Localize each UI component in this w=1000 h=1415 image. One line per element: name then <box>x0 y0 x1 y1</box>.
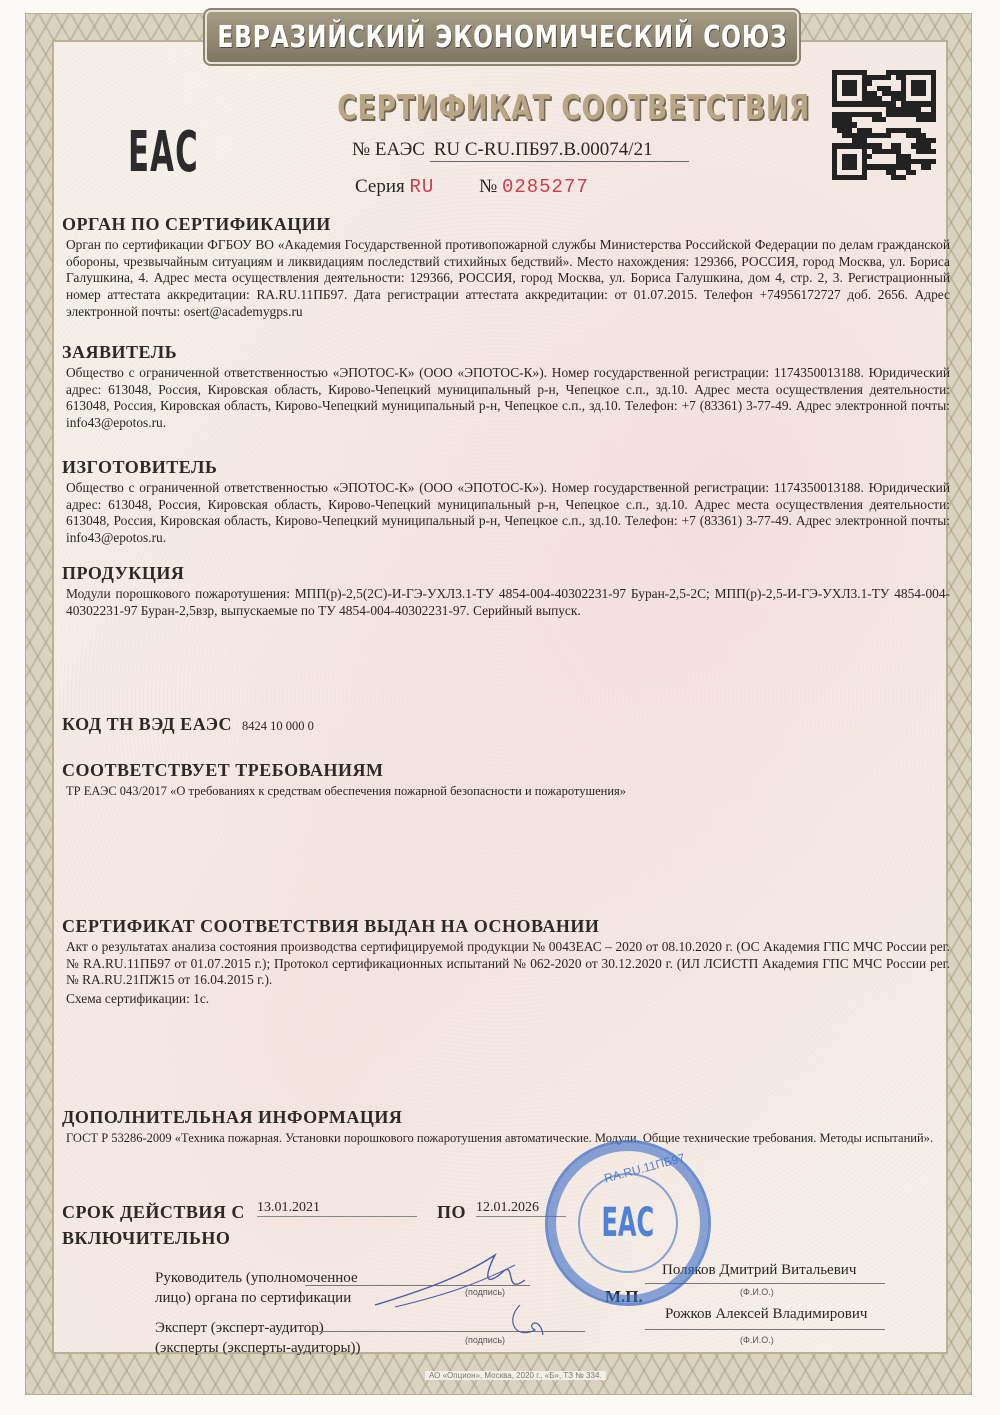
certification-scheme: Схема сертификации: 1с. <box>66 991 950 1008</box>
section-text: Общество с ограниченной ответственностью… <box>66 365 950 432</box>
section-heading: ПРОДУКЦИЯ <box>62 563 950 584</box>
validity-to-label: ПО <box>437 1202 466 1223</box>
expert-fio-line <box>645 1329 885 1330</box>
section-heading: ИЗГОТОВИТЕЛЬ <box>62 457 950 478</box>
section-heading: ДОПОЛНИТЕЛЬНАЯ ИНФОРМАЦИЯ <box>62 1107 950 1128</box>
section-text: Акт о результатах анализа состояния прои… <box>66 939 950 989</box>
tn-ved-code: 8424 10 000 0 <box>242 719 314 734</box>
qr-code-icon <box>832 70 936 180</box>
head-fio-caption: (Ф.И.О.) <box>740 1287 774 1297</box>
section-requirements: СООТВЕТСТВУЕТ ТРЕБОВАНИЯМ ТР ЕАЭС 043/20… <box>62 760 950 800</box>
union-banner: ЕВРАЗИЙСКИЙ ЭКОНОМИЧЕСКИЙ СОЮЗ <box>205 10 799 64</box>
blank-number-label: № <box>479 176 497 197</box>
section-certification-body: ОРГАН ПО СЕРТИФИКАЦИИ Орган по сертифика… <box>62 214 950 321</box>
section-text: Орган по сертификации ФГБОУ ВО «Академия… <box>66 237 950 321</box>
certificate-number-label: № ЕАЭС <box>352 139 425 160</box>
certificate-title: СЕРТИФИКАТ СООТВЕТСТВИЯ <box>337 88 672 128</box>
eac-logo-icon: ЕАС <box>128 120 199 185</box>
head-label-line-2: лицо) органа по сертификации <box>155 1288 358 1308</box>
section-heading: ЗАЯВИТЕЛЬ <box>62 342 950 363</box>
series-value: RU <box>410 176 435 198</box>
section-heading: ОРГАН ПО СЕРТИФИКАЦИИ <box>62 214 950 235</box>
union-banner-text: ЕВРАЗИЙСКИЙ ЭКОНОМИЧЕСКИЙ СОЮЗ <box>217 20 787 55</box>
expert-label-line-2: (эксперты (эксперты-аудиторы)) <box>155 1338 361 1358</box>
certificate-number-value: RU C-RU.ПБ97.В.00074/21 <box>430 139 689 162</box>
stamp-eac-icon: ЕАС <box>602 1200 655 1246</box>
section-applicant: ЗАЯВИТЕЛЬ Общество с ограниченной ответс… <box>62 342 950 432</box>
blank-series: Серия RU № 0285277 <box>355 176 589 198</box>
section-heading: КОД ТН ВЭД ЕАЭС <box>62 714 232 735</box>
printer-note: АО «Опцион», Москва, 2020 г., «Б», ТЗ № … <box>425 1371 606 1380</box>
section-text: Общество с ограниченной ответственностью… <box>66 480 950 547</box>
expert-label-line-1: Эксперт (эксперт-аудитор) <box>155 1318 361 1338</box>
section-basis: СЕРТИФИКАТ СООТВЕТСТВИЯ ВЫДАН НА ОСНОВАН… <box>62 916 950 1008</box>
expert-label: Эксперт (эксперт-аудитор) (эксперты (экс… <box>155 1318 361 1358</box>
section-text: ТР ЕАЭС 043/2017 «О требованиях к средст… <box>66 783 950 800</box>
series-label: Серия <box>355 176 405 197</box>
validity-from-date: 13.01.2021 <box>257 1200 417 1217</box>
section-additional: ДОПОЛНИТЕЛЬНАЯ ИНФОРМАЦИЯ ГОСТ Р 53286-2… <box>62 1107 950 1147</box>
stamp-center: ЕАС <box>578 1173 678 1273</box>
head-label: Руководитель (уполномоченное лицо) орган… <box>155 1268 358 1308</box>
expert-name: Рожков Алексей Владимирович <box>665 1306 867 1323</box>
certificate-number: № ЕАЭС RU C-RU.ПБ97.В.00074/21 <box>352 139 689 162</box>
section-text: Модули порошкового пожаротушения: МПП(р)… <box>66 586 950 619</box>
section-product: ПРОДУКЦИЯ Модули порошкового пожаротушен… <box>62 563 950 619</box>
blank-number-value: 0285277 <box>502 176 589 198</box>
section-tn-ved: КОД ТН ВЭД ЕАЭС 8424 10 000 0 <box>62 714 950 735</box>
organization-stamp: RA.RU.11ПБ97 ЕАС <box>545 1140 711 1306</box>
section-heading: СООТВЕТСТВУЕТ ТРЕБОВАНИЯМ <box>62 760 950 781</box>
head-signature-icon <box>365 1235 545 1345</box>
section-heading: СЕРТИФИКАТ СООТВЕТСТВИЯ ВЫДАН НА ОСНОВАН… <box>62 916 950 937</box>
expert-fio-caption: (Ф.И.О.) <box>740 1335 774 1345</box>
validity-from-label: СРОК ДЕЙСТВИЯ С <box>62 1202 245 1223</box>
section-text: ГОСТ Р 53286-2009 «Техника пожарная. Уст… <box>66 1130 950 1147</box>
section-manufacturer: ИЗГОТОВИТЕЛЬ Общество с ограниченной отв… <box>62 457 950 547</box>
